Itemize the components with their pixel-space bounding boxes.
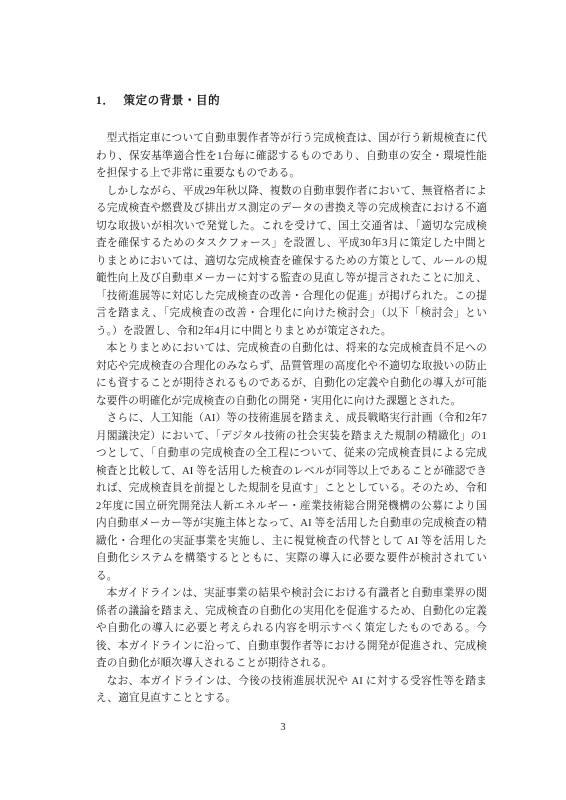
paragraph-3: 本とりまとめにおいては、完成検査の自動化は、将来的な完成検査員不足への対応や完成… [96,340,487,410]
document-body: 型式指定車について自動車製作者等が行う完成検査は、国が行う新規検査に代わり、保安… [96,130,487,708]
section-number: 1． [96,95,114,107]
paragraph-2: しかしながら、平成29年秋以降、複数の自動車製作者において、無資格者による完成検… [96,183,487,341]
section-title: 策定の背景・目的 [123,95,220,107]
document-page: 1．策定の背景・目的 型式指定車について自動車製作者等が行う完成検査は、国が行う… [0,0,566,800]
paragraph-6: なお、本ガイドラインは、今後の技術進展状況や AI に対する受容性等を踏まえ、適… [96,673,487,708]
page-number: 3 [0,722,566,733]
paragraph-1: 型式指定車について自動車製作者等が行う完成検査は、国が行う新規検査に代わり、保安… [96,130,487,183]
paragraph-4: さらに、人工知能（AI）等の技術進展を踏まえ、成長戦略実行計画（令和2年7月閣議… [96,410,487,585]
paragraph-5: 本ガイドラインは、実証事業の結果や検討会における有識者と自動車業界の関係者の議論… [96,585,487,673]
section-heading: 1．策定の背景・目的 [96,93,487,110]
